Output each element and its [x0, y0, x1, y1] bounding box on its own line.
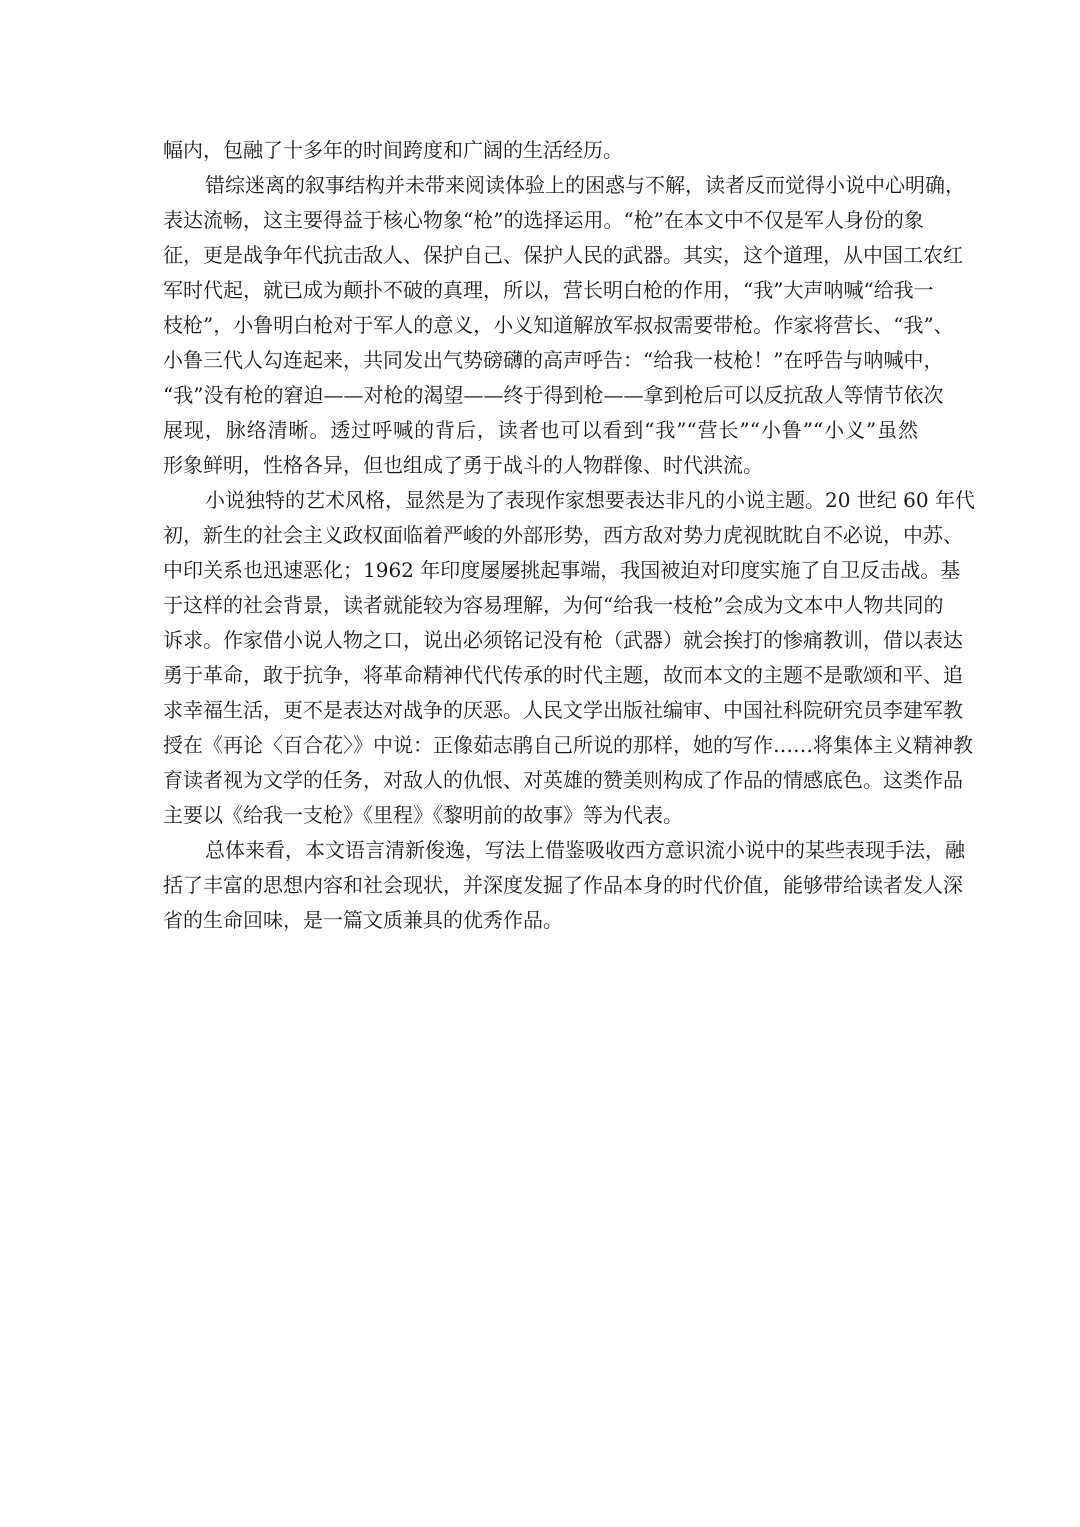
text-line: “我”没有枪的窘迫——对枪的渴望——终于得到枪——拿到枪后可以反抗敌人等情节依次: [163, 380, 918, 410]
text-line: 勇于革命，敢于抗争，将革命精神代代传承的时代主题，故而本文的主题不是歌颂和平、追: [163, 660, 918, 690]
text-line: 表达流畅，这主要得益于核心物象“枪”的选择运用。“枪”在本文中不仅是军人身份的象: [163, 205, 918, 235]
text-line: 展现，脉络清晰。透过呼喊的背后，读者也可以看到“我”“营长”“小鲁”“小义”虽然: [163, 415, 918, 445]
text-line: 小鲁三代人勾连起来，共同发出气势磅礴的高声呼告：“给我一枝枪！”在呼告与呐喊中，: [163, 345, 918, 375]
text-line: 中印关系也迅速恶化；1962 年印度屡屡挑起事端，我国被迫对印度实施了自卫反击战…: [163, 555, 918, 585]
text-line: 形象鲜明，性格各异，但也组成了勇于战斗的人物群像、时代洪流。: [163, 450, 918, 480]
text-line: 主要以《给我一支枪》《里程》《黎明前的故事》等为代表。: [163, 800, 918, 830]
text-line: 幅内，包融了十多年的时间跨度和广阔的生活经历。: [163, 135, 918, 165]
text-line: 错综迷离的叙事结构并未带来阅读体验上的困惑与不解，读者反而觉得小说中心明确，: [205, 170, 918, 200]
text-line: 小说独特的艺术风格，显然是为了表现作家想要表达非凡的小说主题。20 世纪 60 …: [205, 485, 918, 515]
text-line: 诉求。作家借小说人物之口，说出必须铭记没有枪（武器）就会挨打的惨痛教训，借以表达: [163, 625, 918, 655]
text-line: 授在《再论〈百合花〉》中说：正像茹志鹃自己所说的那样，她的写作……将集体主义精神…: [163, 730, 918, 760]
text-line: 初，新生的社会主义政权面临着严峻的外部形势，西方敌对势力虎视眈眈自不必说，中苏、: [163, 520, 918, 550]
document-page: 幅内，包融了十多年的时间跨度和广阔的生活经历。 错综迷离的叙事结构并未带来阅读体…: [0, 0, 1080, 1527]
text-line: 于这样的社会背景，读者就能较为容易理解，为何“给我一枝枪”会成为文本中人物共同的: [163, 590, 918, 620]
text-line: 省的生命回味，是一篇文质兼具的优秀作品。: [163, 905, 918, 935]
text-line: 枝枪”，小鲁明白枪对于军人的意义，小义知道解放军叔叔需要带枪。作家将营长、“我”…: [163, 310, 918, 340]
text-line: 括了丰富的思想内容和社会现状，并深度发掘了作品本身的时代价值，能够带给读者发人深: [163, 870, 918, 900]
text-line: 求幸福生活，更不是表达对战争的厌恶。人民文学出版社编审、中国社科院研究员李建军教: [163, 695, 918, 725]
text-line: 总体来看，本文语言清新俊逸，写法上借鉴吸收西方意识流小说中的某些表现手法，融: [205, 835, 918, 865]
text-line: 育读者视为文学的任务，对敌人的仇恨、对英雄的赞美则构成了作品的情感底色。这类作品: [163, 765, 918, 795]
text-line: 军时代起，就已成为颠扑不破的真理，所以，营长明白枪的作用，“我”大声呐喊“给我一: [163, 275, 918, 305]
text-line: 征，更是战争年代抗击敌人、保护自己、保护人民的武器。其实，这个道理，从中国工农红: [163, 240, 918, 270]
